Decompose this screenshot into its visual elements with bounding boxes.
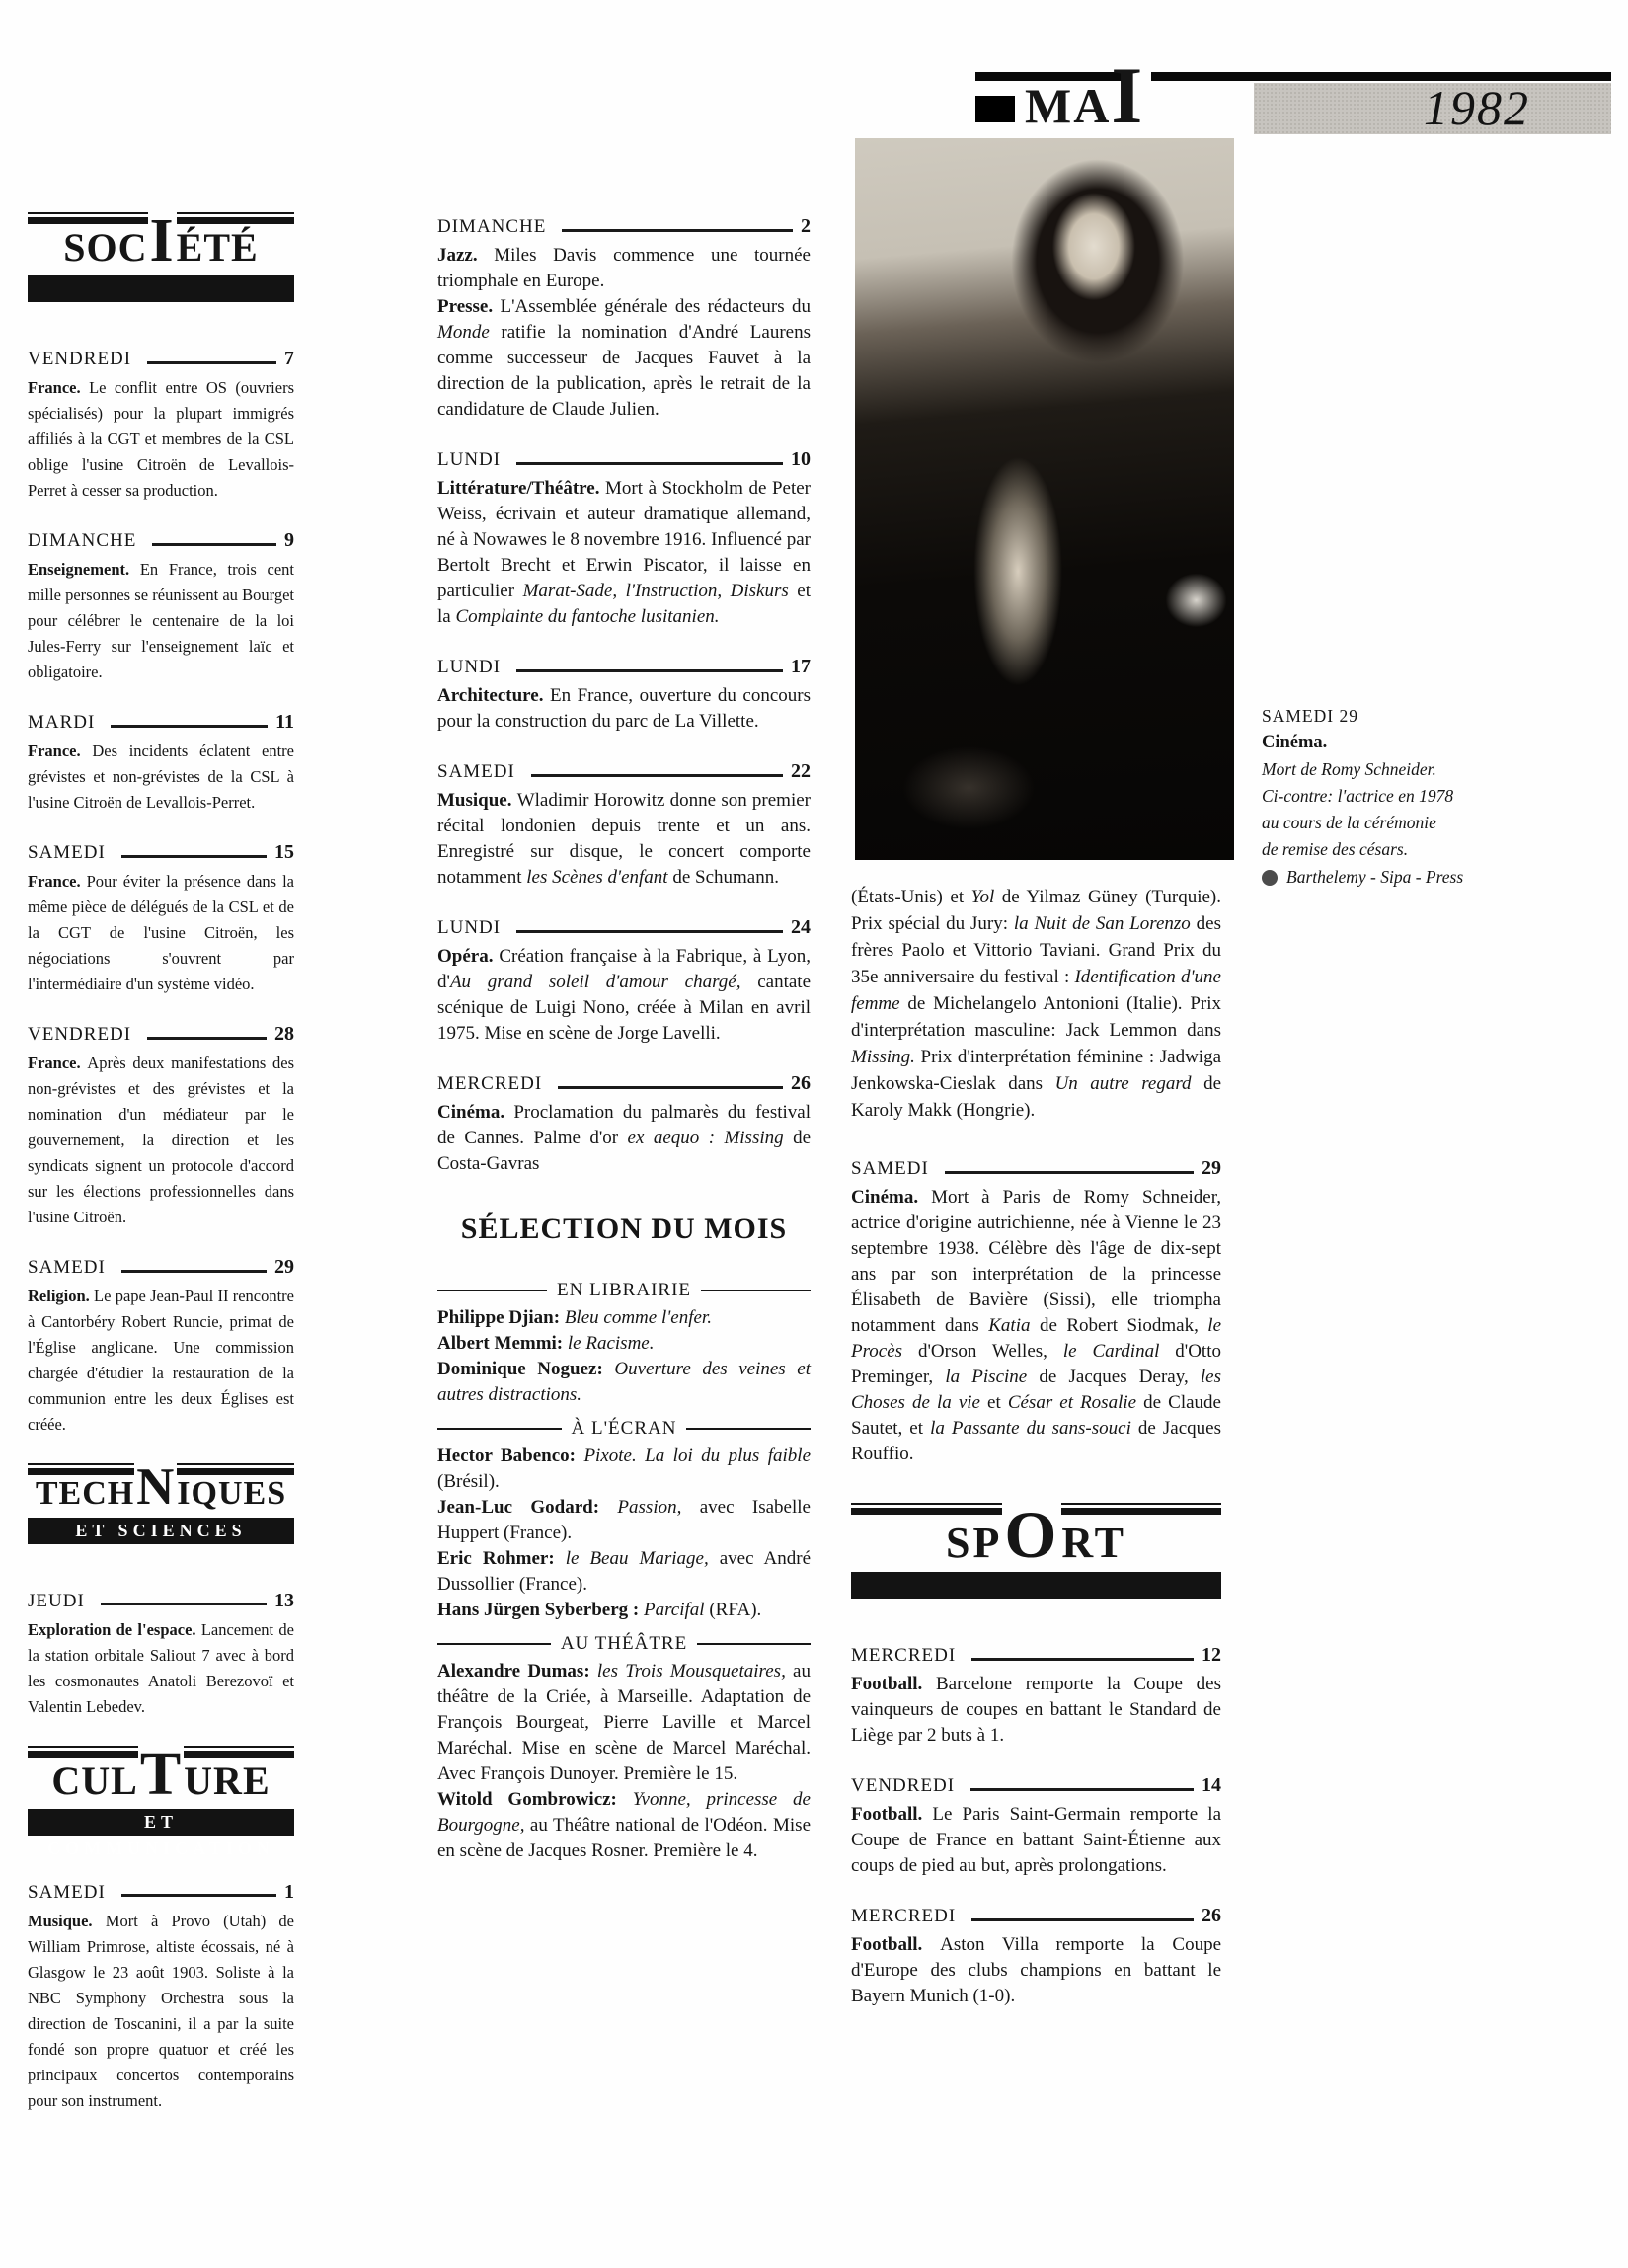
- selection-group-librairie: EN LIBRAIRIE Philippe Djian: Bleu comme …: [437, 1280, 811, 1408]
- right-entries: SAMEDI 29 Cinéma. Mort à Paris de Romy S…: [851, 1157, 1221, 1467]
- credit-text: Barthelemy - Sipa - Press: [1286, 864, 1463, 891]
- romy-schneider-photo: [855, 138, 1234, 860]
- calendar-entry: SAMEDI 29 Religion. Le pape Jean-Paul II…: [28, 1256, 294, 1438]
- entry-day: VENDREDI: [851, 1775, 955, 1797]
- entry-body: Football. Aston Villa remporte la Coupe …: [851, 1932, 1221, 2009]
- section-title-big-letter: N: [134, 1458, 177, 1516]
- section-subtitle-bar: ET COMMUNICATION: [28, 1809, 294, 1836]
- entry-head: LUNDI 24: [437, 916, 811, 940]
- entry-day: SAMEDI: [28, 1257, 106, 1279]
- calendar-entry: SAMEDI 1 Musique. Mort à Provo (Utah) de…: [28, 1881, 294, 2114]
- selection-item: Philippe Djian: Bleu comme l'enfer.: [437, 1305, 811, 1331]
- entry-date-number: 12: [1202, 1644, 1221, 1667]
- entry-day: VENDREDI: [28, 349, 131, 370]
- section-subtitle-bar: [851, 1572, 1221, 1599]
- entry-day: LUNDI: [437, 917, 501, 939]
- entry-head: SAMEDI 22: [437, 760, 811, 784]
- entry-body: France. Le conflit entre OS (ouvriers sp…: [28, 375, 294, 504]
- selection-item: Eric Rohmer: le Beau Mariage, avec André…: [437, 1546, 811, 1598]
- entry-rule: [111, 725, 268, 728]
- entry-head: SAMEDI 1: [28, 1881, 294, 1905]
- entry-day: LUNDI: [437, 657, 501, 678]
- month-square-icon: [975, 96, 1015, 122]
- entry-body: Exploration de l'espace. Lancement de la…: [28, 1617, 294, 1720]
- entry-day: VENDREDI: [28, 1024, 131, 1046]
- heading-rule-left: [437, 1428, 562, 1430]
- calendar-entry: LUNDI 17 Architecture. En France, ouvert…: [437, 656, 811, 735]
- selection-items: Alexandre Dumas: les Trois Mousquetaires…: [437, 1659, 811, 1864]
- entry-day: MARDI: [28, 712, 95, 734]
- entry-head: VENDREDI 14: [851, 1774, 1221, 1798]
- caption-topic: Cinéma.: [1262, 730, 1550, 756]
- entry-body: France. Pour éviter la présence dans la …: [28, 869, 294, 997]
- photo-caption: SAMEDI 29 Cinéma. Mort de Romy Schneider…: [1262, 703, 1550, 891]
- entry-date-number: 29: [274, 1256, 294, 1279]
- year-box: 1982: [1254, 83, 1611, 134]
- entry-rule: [516, 669, 783, 672]
- month-title: MAI: [975, 55, 1142, 136]
- calendar-entry: LUNDI 24 Opéra. Création française à la …: [437, 916, 811, 1047]
- entry-day: SAMEDI: [851, 1158, 929, 1180]
- entry-date-number: 17: [791, 656, 811, 678]
- entry-head: SAMEDI 15: [28, 841, 294, 865]
- entry-body: Football. Le Paris Saint-Germain remport…: [851, 1802, 1221, 1879]
- entry-day: MERCREDI: [437, 1073, 542, 1095]
- entry-date-number: 26: [791, 1072, 811, 1095]
- entry-rule: [147, 361, 276, 364]
- entry-date-number: 9: [284, 529, 294, 552]
- entry-body: Architecture. En France, ouverture du co…: [437, 683, 811, 735]
- section-title: CULTURE: [28, 1744, 294, 1805]
- entry-rule: [516, 462, 783, 465]
- entry-date-number: 24: [791, 916, 811, 939]
- section-title-big-letter: T: [138, 1741, 184, 1808]
- calendar-entry: MERCREDI 26 Football. Aston Villa rempor…: [851, 1905, 1221, 2009]
- calendar-entry: VENDREDI 14 Football. Le Paris Saint-Ger…: [851, 1774, 1221, 1879]
- selection-group-theatre: AU THÉÂTRE Alexandre Dumas: les Trois Mo…: [437, 1633, 811, 1864]
- year-label: 1982: [1335, 80, 1530, 135]
- entry-date-number: 7: [284, 348, 294, 370]
- entry-head: VENDREDI 28: [28, 1023, 294, 1047]
- entry-day: JEUDI: [28, 1591, 85, 1612]
- selection-item: Witold Gombrowicz: Yvonne, princesse de …: [437, 1787, 811, 1864]
- calendar-entry: DIMANCHE 2 Jazz. Miles Davis commence un…: [437, 215, 811, 423]
- caption-line: au cours de la cérémonie: [1262, 810, 1550, 836]
- entry-date-number: 1: [284, 1881, 294, 1904]
- caption-line: Ci-contre: l'actrice en 1978: [1262, 783, 1550, 810]
- entry-rule: [970, 1788, 1194, 1791]
- entry-rule: [147, 1037, 267, 1040]
- heading-rule-right: [701, 1290, 811, 1291]
- entry-day: LUNDI: [437, 449, 501, 471]
- selection-item: Hector Babenco: Pixote. La loi du plus f…: [437, 1444, 811, 1495]
- calendar-entry: MERCREDI 26 Cinéma. Proclamation du palm…: [437, 1072, 811, 1177]
- selection-item: Albert Memmi: le Racisme.: [437, 1331, 811, 1357]
- calendar-entry: JEUDI 13 Exploration de l'espace. Lancem…: [28, 1590, 294, 1720]
- selection-group-heading: À L'ÉCRAN: [437, 1418, 811, 1440]
- entry-head: MERCREDI 26: [437, 1072, 811, 1096]
- culture-entries: SAMEDI 1 Musique. Mort à Provo (Utah) de…: [28, 1881, 294, 2114]
- entry-body: France. Après deux manifestations des no…: [28, 1051, 294, 1230]
- entry-day: MERCREDI: [851, 1906, 956, 1927]
- entry-date-number: 15: [274, 841, 294, 864]
- entry-body: Musique. Mort à Provo (Utah) de William …: [28, 1909, 294, 2114]
- entry-rule: [121, 1894, 276, 1897]
- section-header-techniques: TECHNIQUES ET SCIENCES: [28, 1463, 294, 1544]
- middle-entries: DIMANCHE 2 Jazz. Miles Davis commence un…: [437, 215, 811, 1177]
- entry-head: SAMEDI 29: [28, 1256, 294, 1280]
- entry-date-number: 2: [801, 215, 811, 238]
- entry-body: Enseignement. En France, trois cent mill…: [28, 557, 294, 685]
- entry-body: France. Des incidents éclatent entre gré…: [28, 739, 294, 816]
- entry-rule: [971, 1918, 1194, 1921]
- cannes-continuation-paragraph: (États-Unis) et Yol de Yilmaz Güney (Tur…: [851, 884, 1221, 1124]
- sport-entries: MERCREDI 12 Football. Barcelone remporte…: [851, 1644, 1221, 2009]
- caption-date: SAMEDI 29: [1262, 703, 1550, 730]
- calendar-entry: VENDREDI 7 France. Le conflit entre OS (…: [28, 348, 294, 504]
- entry-head: DIMANCHE 2: [437, 215, 811, 239]
- entry-rule: [562, 229, 793, 232]
- entry-day: DIMANCHE: [437, 216, 546, 238]
- selection-item: Dominique Noguez: Ouverture des veines e…: [437, 1357, 811, 1408]
- entry-head: VENDREDI 7: [28, 348, 294, 371]
- section-subtitle-bar: [28, 275, 294, 302]
- calendar-entry: MERCREDI 12 Football. Barcelone remporte…: [851, 1644, 1221, 1749]
- entry-rule: [101, 1603, 267, 1605]
- selection-group-heading: AU THÉÂTRE: [437, 1633, 811, 1655]
- heading-rule-left: [437, 1643, 551, 1645]
- section-title-big-letter: O: [1002, 1497, 1061, 1572]
- entry-day: SAMEDI: [437, 761, 515, 783]
- entry-body: Football. Barcelone remporte la Coupe de…: [851, 1672, 1221, 1749]
- calendar-entry: VENDREDI 28 France. Après deux manifesta…: [28, 1023, 294, 1230]
- selection-du-mois: SÉLECTION DU MOIS EN LIBRAIRIE Philippe …: [437, 1212, 811, 1864]
- entry-body: Cinéma. Proclamation du palmarès du fest…: [437, 1100, 811, 1177]
- societe-entries: VENDREDI 7 France. Le conflit entre OS (…: [28, 348, 294, 1438]
- entry-body: Religion. Le pape Jean-Paul II rencontre…: [28, 1284, 294, 1438]
- heading-rule-left: [437, 1290, 547, 1291]
- selection-item: Jean-Luc Godard: Passion, avec Isabelle …: [437, 1495, 811, 1546]
- selection-items: Philippe Djian: Bleu comme l'enfer. Albe…: [437, 1305, 811, 1408]
- selection-item: Hans Jürgen Syberberg : Parcifal (RFA).: [437, 1598, 811, 1623]
- entry-date-number: 13: [274, 1590, 294, 1612]
- section-header-culture: CULTURE ET COMMUNICATION: [28, 1746, 294, 1836]
- entry-day: MERCREDI: [851, 1645, 956, 1667]
- entry-day: SAMEDI: [28, 1882, 106, 1904]
- section-title: SOCIÉTÉ: [28, 210, 294, 272]
- selection-group-ecran: À L'ÉCRAN Hector Babenco: Pixote. La loi…: [437, 1418, 811, 1623]
- entry-date-number: 14: [1202, 1774, 1221, 1797]
- entry-head: MERCREDI 12: [851, 1644, 1221, 1668]
- section-title: TECHNIQUES: [28, 1461, 294, 1514]
- entry-rule: [945, 1171, 1194, 1174]
- section-header-societe: SOCIÉTÉ: [28, 212, 294, 302]
- selection-group-heading: EN LIBRAIRIE: [437, 1280, 811, 1301]
- entry-body: Opéra. Création française à la Fabrique,…: [437, 944, 811, 1047]
- entry-body: Jazz. Miles Davis commence une tournée t…: [437, 243, 811, 423]
- entry-head: JEUDI 13: [28, 1590, 294, 1613]
- entry-rule: [971, 1658, 1194, 1661]
- entry-head: DIMANCHE 9: [28, 529, 294, 553]
- calendar-entry: MARDI 11 France. Des incidents éclatent …: [28, 711, 294, 816]
- entry-body: Musique. Wladimir Horowitz donne son pre…: [437, 788, 811, 891]
- entry-head: LUNDI 17: [437, 656, 811, 679]
- column-middle: DIMANCHE 2 Jazz. Miles Davis commence un…: [437, 215, 811, 1864]
- magazine-chronology-page: MAI 1982 SAMEDI 29 Cinéma. Mort de Romy …: [0, 0, 1628, 2268]
- caption-line: Mort de Romy Schneider.: [1262, 756, 1550, 783]
- heading-rule-right: [697, 1643, 811, 1645]
- column-left: SOCIÉTÉ VENDREDI 7 France. Le conflit en…: [28, 212, 294, 2140]
- entry-head: SAMEDI 29: [851, 1157, 1221, 1181]
- entry-date-number: 11: [275, 711, 294, 734]
- credit-bullet-icon: [1262, 870, 1278, 886]
- heading-rule-right: [686, 1428, 811, 1430]
- month-label: MA: [1025, 78, 1111, 133]
- section-title: SPORT: [851, 1501, 1221, 1568]
- calendar-entry: LUNDI 10 Littérature/Théâtre. Mort à Sto…: [437, 448, 811, 630]
- calendar-entry: DIMANCHE 9 Enseignement. En France, troi…: [28, 529, 294, 685]
- entry-date-number: 10: [791, 448, 811, 471]
- entry-rule: [121, 1270, 267, 1273]
- techniques-entries: JEUDI 13 Exploration de l'espace. Lancem…: [28, 1590, 294, 1720]
- entry-head: MERCREDI 26: [851, 1905, 1221, 1928]
- entry-body: Cinéma. Mort à Paris de Romy Schneider, …: [851, 1185, 1221, 1467]
- calendar-entry: SAMEDI 22 Musique. Wladimir Horowitz don…: [437, 760, 811, 891]
- entry-head: MARDI 11: [28, 711, 294, 735]
- entry-head: LUNDI 10: [437, 448, 811, 472]
- entry-date-number: 22: [791, 760, 811, 783]
- entry-date-number: 26: [1202, 1905, 1221, 1927]
- entry-rule: [121, 855, 267, 858]
- caption-line: de remise des césars.: [1262, 836, 1550, 863]
- selection-item: Alexandre Dumas: les Trois Mousquetaires…: [437, 1659, 811, 1787]
- section-title-big-letter: I: [148, 207, 177, 274]
- entry-rule: [531, 774, 783, 777]
- entry-day: DIMANCHE: [28, 530, 136, 552]
- entry-day: SAMEDI: [28, 842, 106, 864]
- month-label-big-letter: I: [1111, 50, 1142, 140]
- entry-rule: [558, 1086, 783, 1089]
- selection-items: Hector Babenco: Pixote. La loi du plus f…: [437, 1444, 811, 1623]
- entry-date-number: 28: [274, 1023, 294, 1046]
- section-subtitle-bar: ET SCIENCES: [28, 1518, 294, 1544]
- section-header-sport: SPORT: [851, 1503, 1221, 1599]
- calendar-entry: SAMEDI 15 France. Pour éviter la présenc…: [28, 841, 294, 997]
- entry-date-number: 29: [1202, 1157, 1221, 1180]
- photo-credit: Barthelemy - Sipa - Press: [1262, 864, 1550, 891]
- entry-rule: [152, 543, 276, 546]
- selection-title: SÉLECTION DU MOIS: [437, 1212, 811, 1246]
- column-right: (États-Unis) et Yol de Yilmaz Güney (Tur…: [851, 884, 1221, 2035]
- entry-body: Littérature/Théâtre. Mort à Stockholm de…: [437, 476, 811, 630]
- entry-rule: [516, 930, 783, 933]
- calendar-entry: SAMEDI 29 Cinéma. Mort à Paris de Romy S…: [851, 1157, 1221, 1467]
